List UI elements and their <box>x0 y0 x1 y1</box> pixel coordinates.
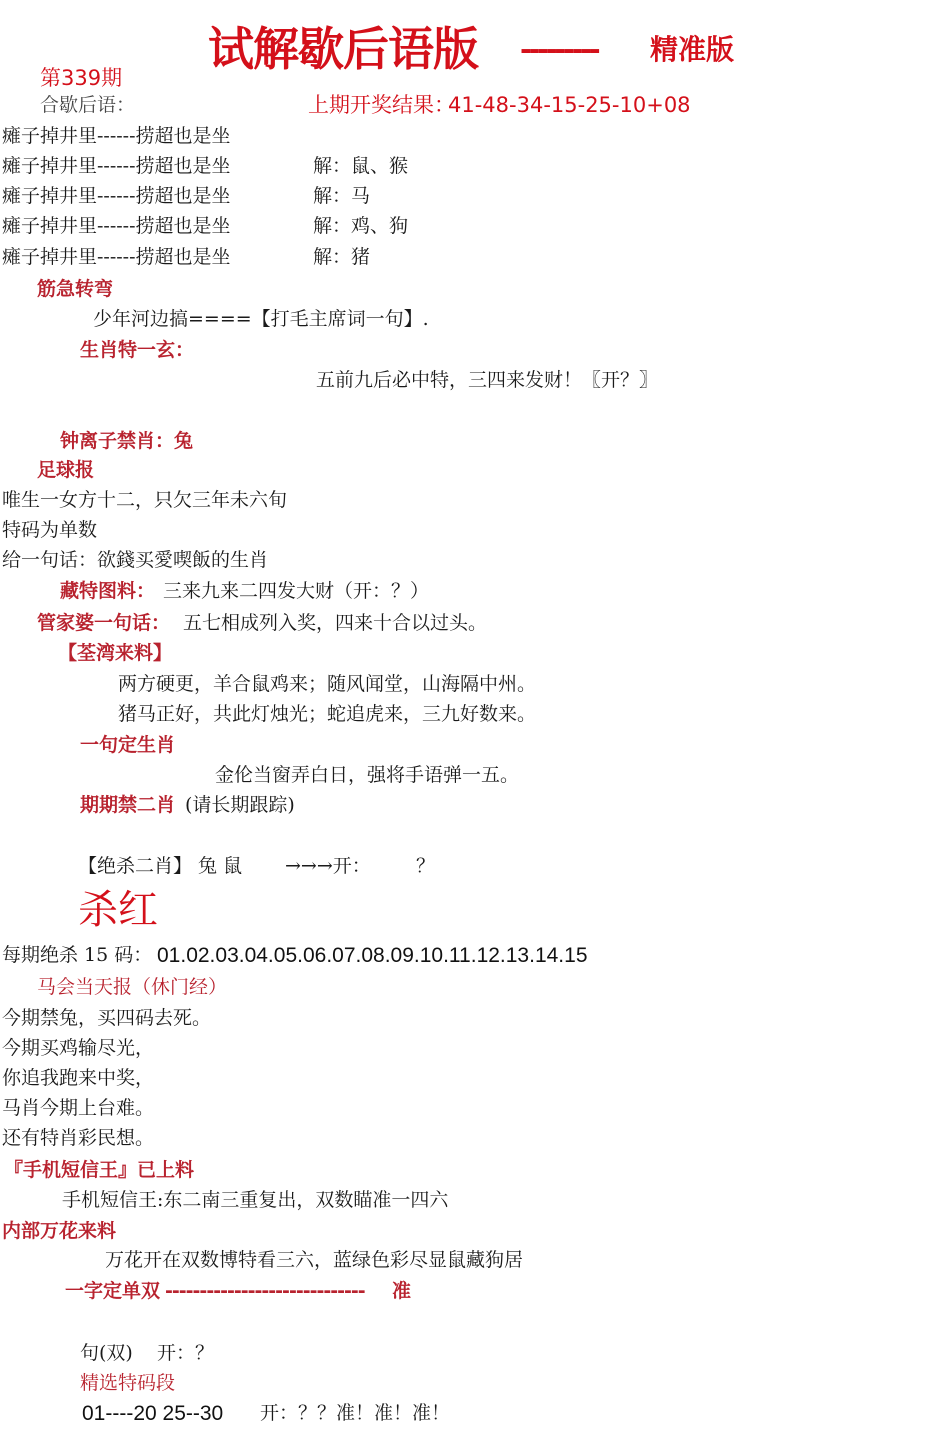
zuqiubao-label: 足球报 <box>37 461 94 480</box>
kill15-value: 01.02.03.04.05.06.07.08.09.10.11.12.13.1… <box>157 945 588 966</box>
quanwan-line: 猪马正好，共此灯烛光；蛇追虎来，三九好数来。 <box>118 705 536 724</box>
mahui-line: 马肖今期上台难。 <box>2 1099 154 1118</box>
guanjiapo-label: 管家婆一句话： <box>37 614 170 633</box>
yiju-text: 金伦当窗弄白日，强将手语弹一五。 <box>215 766 519 785</box>
riddle-answer: 解：鼠、猴 <box>313 157 408 176</box>
shahong-heading: 杀红 <box>78 890 158 930</box>
riddle-answer: 解：马 <box>313 187 370 206</box>
kill15-label: 每期绝杀 15 码： <box>2 946 152 965</box>
cangte-text: 三来九来二四发大财（开：？） <box>163 582 429 601</box>
qiqijin-note: (请长期跟踪) <box>185 796 295 815</box>
issue-number: 第339期 <box>40 68 122 89</box>
riddle-text: 瘫子掉井里------捞超也是坐 <box>2 157 231 176</box>
shengxiao-label: 生肖特一玄： <box>80 341 194 360</box>
danshuang-end: 准 <box>392 1282 411 1301</box>
mahui-line: 今期禁兔，买四码去死。 <box>2 1009 211 1028</box>
sms-text: 手机短信王:东二南三重复出，双数瞄准一四六 <box>62 1191 448 1210</box>
page-subtitle: 精准版 <box>650 36 734 64</box>
qiqijin-label: 期期禁二肖 <box>80 796 175 815</box>
mahui-label: 马会当天报（休门经） <box>37 978 227 997</box>
zuqiubao-line: 唯生一女方十二，只欠三年未六旬 <box>2 491 287 510</box>
cangte-label: 藏特图料： <box>60 582 155 601</box>
shengxiao-text: 五前九后必中特，三四来发财！〖开？〗 <box>316 371 658 390</box>
juesha-result: ？ <box>416 857 435 876</box>
guanjiapo-text: 五七相成列入奖，四来十合以过头。 <box>183 614 487 633</box>
mahui-line: 今期买鸡输尽光， <box>2 1039 154 1058</box>
sms-label: 『手机短信王』已上料 <box>4 1161 194 1180</box>
yiju-label: 一句定生肖 <box>80 736 175 755</box>
riddle-text: 瘫子掉井里------捞超也是坐 <box>2 187 231 206</box>
last-result-label: 上期开奖结果： <box>308 95 455 116</box>
juesha-text: 【绝杀二肖】 兔 鼠 <box>78 857 242 876</box>
mahui-line: 还有特肖彩民想。 <box>2 1129 154 1148</box>
quanwan-label: 【荃湾来料】 <box>58 644 172 663</box>
riddle-text: 瘫子掉井里------捞超也是坐 <box>2 127 231 146</box>
riddle-text: 瘫子掉井里------捞超也是坐 <box>2 248 231 267</box>
zhonglizi-label: 钟离子禁肖：兔 <box>60 432 193 451</box>
juesha-arrow: →→→开： <box>285 857 371 876</box>
riddle-text: 瘫子掉井里------捞超也是坐 <box>2 217 231 236</box>
jingxuan-result: 开：？？准！准！准！ <box>260 1404 450 1423</box>
riddle-answer: 解：猪 <box>313 248 370 267</box>
he-label: 合歇后语： <box>40 96 135 115</box>
zuqiubao-line: 给一句话：欲錢买愛喫飯的生肖 <box>2 551 268 570</box>
page-title: 试解歇后语版 <box>208 26 478 72</box>
jinji-label: 筋急转弯 <box>37 280 113 299</box>
danshuang-dashes: ----------------------------- <box>165 1282 365 1301</box>
header: 试解歇后语版 --------- 精准版 第339期 合歇后语： 上期开奖结果：… <box>0 0 950 120</box>
last-result-value: 41-48-34-15-25-10+08 <box>448 95 691 116</box>
title-dashes: --------- <box>520 36 598 64</box>
mahui-line: 你追我跑来中奖， <box>2 1069 154 1088</box>
danshuang-text: 句(双) 开：？ <box>80 1344 214 1363</box>
wanhua-label: 内部万花来料 <box>2 1222 116 1241</box>
riddle-answer: 解：鸡、狗 <box>313 217 408 236</box>
zuqiubao-line: 特码为单数 <box>2 521 97 540</box>
quanwan-line: 两方硬更，羊合鼠鸡来；随风闻堂，山海隔中州。 <box>118 675 536 694</box>
danshuang-label: 一字定单双 <box>65 1282 160 1301</box>
jinji-text: 少年河边搞====【打毛主席词一句】. <box>93 310 429 329</box>
jingxuan-range: 01----20 25--30 <box>82 1403 223 1424</box>
jingxuan-label: 精选特码段 <box>80 1374 175 1393</box>
wanhua-text: 万花开在双数博特看三六，蓝绿色彩尽显鼠藏狗居 <box>105 1251 523 1270</box>
